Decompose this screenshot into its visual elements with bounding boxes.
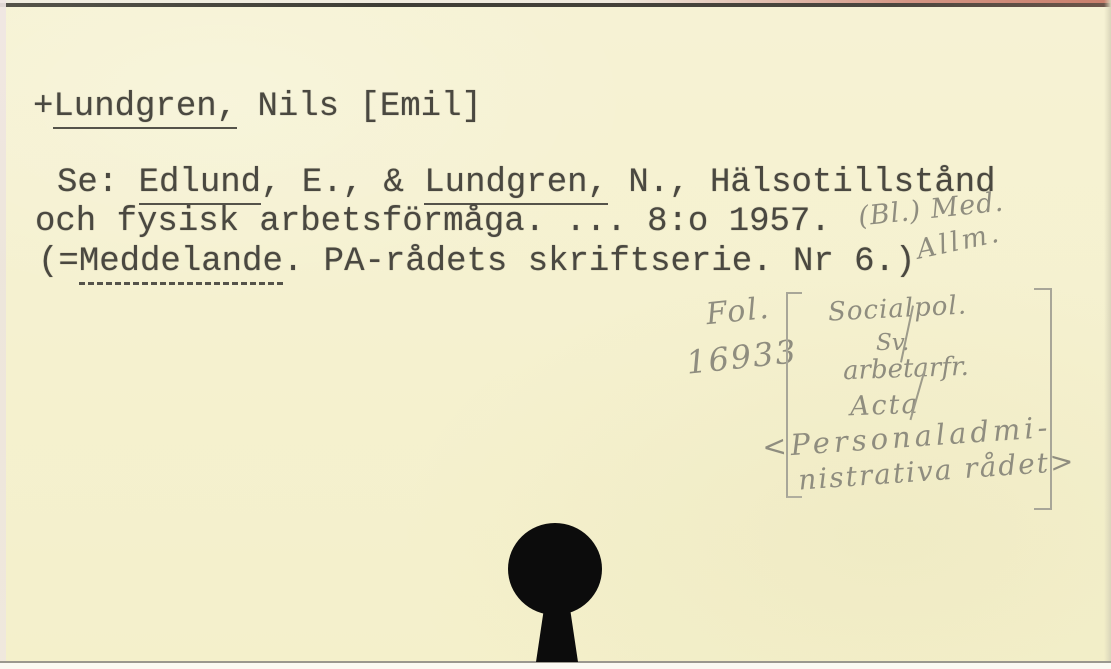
see-lead: Se: (57, 164, 139, 202)
heading-prefix: + (33, 88, 53, 126)
scan-edge-top-dark (0, 3, 1111, 7)
series-rest: . PA-rådets skriftserie. Nr 6.) (283, 243, 916, 281)
series-open: (= (38, 243, 79, 281)
see-reference-line-1: Se: Edlund, E., & Lundgren, N., Hälsotil… (57, 164, 996, 202)
scan-edge-right (1104, 0, 1111, 669)
heading-surname: Lundgren, (53, 88, 237, 129)
see-author-2: Lundgren, (424, 164, 608, 205)
series-note-line: (=Meddelande. PA-rådets skriftserie. Nr … (38, 243, 915, 281)
see-mid: , E., & (261, 164, 424, 202)
see-author-1: Edlund (139, 164, 261, 205)
scan-edge-bottom (0, 661, 1111, 669)
heading-line: +Lundgren, Nils [Emil] (33, 88, 482, 126)
heading-forenames: Nils [Emil] (237, 88, 482, 126)
pencil-subject-arbetarfr: arbetarfr. (843, 352, 970, 386)
series-title: Meddelande (79, 243, 283, 285)
scan-edge-left (0, 0, 6, 669)
pencil-shelfmark-label: Fol. (704, 291, 772, 333)
catalog-card-scan: +Lundgren, Nils [Emil] Se: Edlund, E., &… (0, 0, 1111, 669)
see-reference-line-2: och fysisk arbetsförmåga. ... 8:o 1957. (35, 203, 831, 241)
